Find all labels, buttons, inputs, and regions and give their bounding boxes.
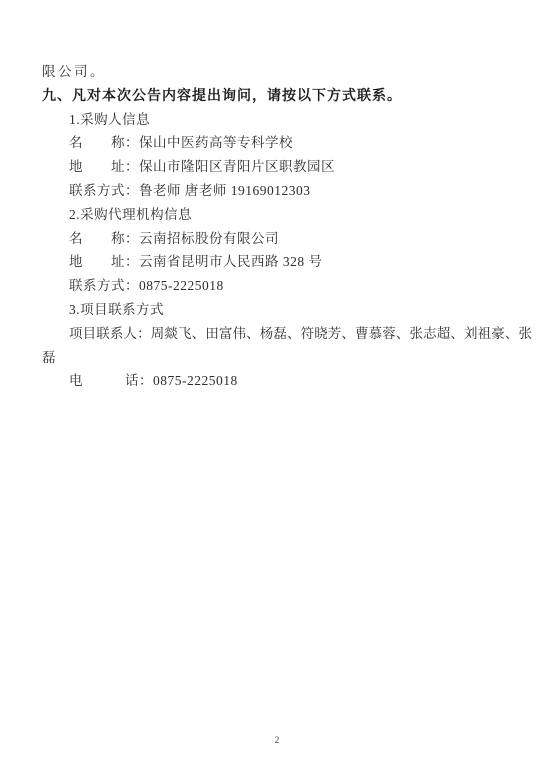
purchaser-name-label: 名 称： <box>69 135 139 150</box>
project-contacts-label: 项目联系人： <box>69 326 151 341</box>
agency-contact-value: 0875-2225018 <box>139 278 224 293</box>
agency-name-value: 云南招标股份有限公司 <box>139 231 279 246</box>
document-page: 限公司。 九、凡对本次公告内容提出询问，请按以下方式联系。 1.采购人信息 名 … <box>0 0 554 771</box>
agency-name-label: 名 称： <box>69 231 139 246</box>
purchaser-name-value: 保山中医药高等专科学校 <box>139 135 293 150</box>
project-contacts-paragraph: 项目联系人：周燚飞、田富伟、杨磊、符晓芳、曹慕蓉、张志超、刘祖豪、张磊 <box>42 322 532 370</box>
agency-address-value: 云南省昆明市人民西路 328 号 <box>139 254 323 269</box>
agency-name-line: 名 称：云南招标股份有限公司 <box>42 227 532 251</box>
project-phone-line: 电 话：0875-2225018 <box>42 369 532 393</box>
purchaser-address-label: 地 址： <box>69 159 139 174</box>
purchaser-contact-value: 鲁老师 唐老师 19169012303 <box>139 183 311 198</box>
continuation-text: 限公司。 <box>42 60 532 84</box>
agency-contact-label: 联系方式： <box>69 278 139 293</box>
purchaser-contact-label: 联系方式： <box>69 183 139 198</box>
agency-address-label: 地 址： <box>69 254 139 269</box>
document-content: 限公司。 九、凡对本次公告内容提出询问，请按以下方式联系。 1.采购人信息 名 … <box>42 60 532 393</box>
section-nine-heading: 九、凡对本次公告内容提出询问，请按以下方式联系。 <box>42 84 532 108</box>
project-section-title: 3.项目联系方式 <box>42 298 532 322</box>
purchaser-section-title: 1.采购人信息 <box>42 108 532 132</box>
project-phone-value: 0875-2225018 <box>153 373 238 388</box>
purchaser-name-line: 名 称：保山中医药高等专科学校 <box>42 131 532 155</box>
page-number: 2 <box>0 735 554 745</box>
project-phone-label: 电 话： <box>69 373 153 388</box>
agency-contact-line: 联系方式：0875-2225018 <box>42 274 532 298</box>
agency-section-title: 2.采购代理机构信息 <box>42 203 532 227</box>
purchaser-contact-line: 联系方式：鲁老师 唐老师 19169012303 <box>42 179 532 203</box>
agency-address-line: 地 址：云南省昆明市人民西路 328 号 <box>42 250 532 274</box>
purchaser-address-line: 地 址：保山市隆阳区青阳片区职教园区 <box>42 155 532 179</box>
purchaser-address-value: 保山市隆阳区青阳片区职教园区 <box>139 159 335 174</box>
